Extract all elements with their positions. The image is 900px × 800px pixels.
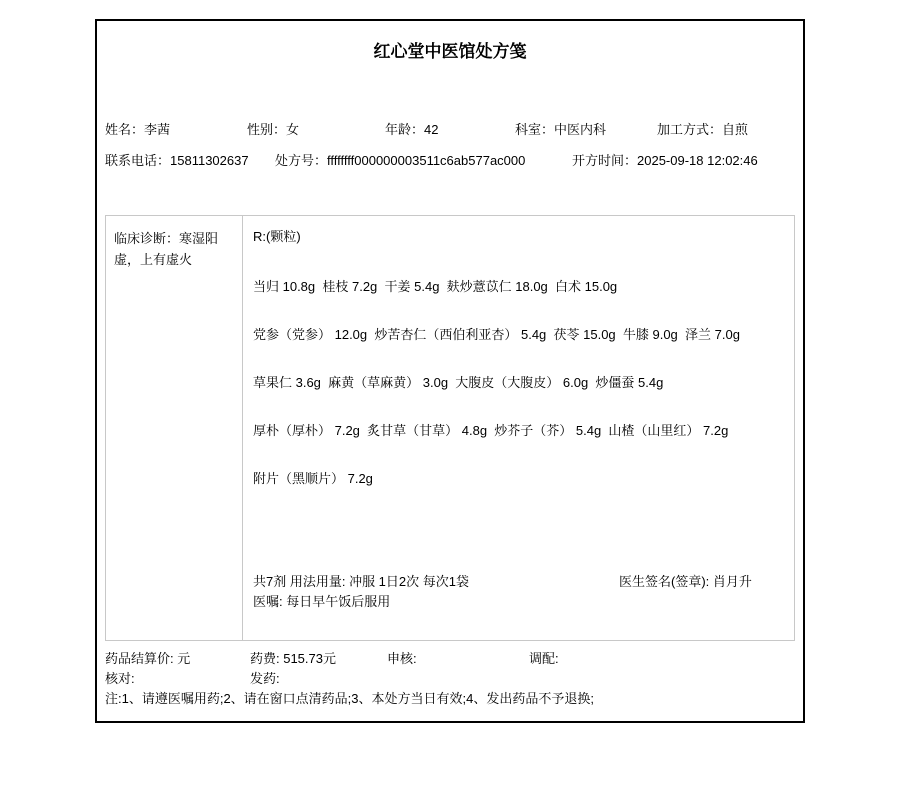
patient-name-value: 李茜 (144, 122, 170, 137)
rx-content: R:(颗粒) 当归 10.8g 桂枝 7.2g 干姜 5.4g 麸炒薏苡仁 18… (244, 216, 794, 640)
medical-instruction: 医嘱: 每日早午饭后服用 (253, 593, 390, 611)
processing-method-field: 加工方式：自煎 (657, 121, 748, 139)
patient-age-value: 42 (424, 122, 438, 137)
herb-line: 厚朴（厚朴） 7.2g 炙甘草（甘草） 4.8g 炒芥子（芥） 5.4g 山楂（… (253, 422, 728, 440)
prescription-sheet: 红心堂中医馆处方笺 姓名：李茜 性别：女 年龄：42 科室：中医内科 加工方式：… (95, 19, 805, 723)
issue-time-field: 开方时间：2025-09-18 12:02:46 (572, 152, 758, 170)
department-label: 科室： (515, 122, 554, 137)
patient-name-field: 姓名：李茜 (105, 121, 170, 139)
rx-number-value: ffffffff000000003511c6ab577ac000 (327, 153, 525, 168)
phone-value: 15811302637 (170, 153, 249, 168)
issue-time-value: 2025-09-18 12:02:46 (637, 153, 758, 168)
patient-age-label: 年龄： (385, 122, 424, 137)
rx-header: R:(颗粒) (253, 228, 301, 246)
herb-line: 附片（黑顺片） 7.2g (253, 470, 373, 488)
prescription-page: 红心堂中医馆处方笺 姓名：李茜 性别：女 年龄：42 科室：中医内科 加工方式：… (0, 0, 900, 800)
page-title: 红心堂中医馆处方笺 (97, 37, 803, 62)
patient-gender-label: 性别： (247, 122, 286, 137)
check-field: 核对: (105, 670, 135, 688)
medicine-fee-field: 药费: 515.73元 (250, 650, 336, 668)
issue-time-label: 开方时间： (572, 153, 637, 168)
patient-name-label: 姓名： (105, 122, 144, 137)
herb-line: 草果仁 3.6g 麻黄（草麻黄） 3.0g 大腹皮（大腹皮） 6.0g 炒僵蚕 … (253, 374, 663, 392)
patient-gender-value: 女 (286, 122, 299, 137)
clinical-diagnosis: 临床诊断：寒湿阳虚，上有虚火 (106, 216, 243, 640)
herb-line: 当归 10.8g 桂枝 7.2g 干姜 5.4g 麸炒薏苡仁 18.0g 白术 … (253, 278, 617, 296)
prescription-body: 临床诊断：寒湿阳虚，上有虚火 R:(颗粒) 当归 10.8g 桂枝 7.2g 干… (105, 215, 795, 641)
doctor-signature: 医生签名(签章): 肖月升 (619, 573, 752, 591)
rx-number-field: 处方号：ffffffff000000003511c6ab577ac000 (275, 152, 525, 170)
settle-price-field: 药品结算价: 元 (105, 650, 190, 668)
processing-method-value: 自煎 (722, 122, 748, 137)
dosage-usage: 共7剂 用法用量: 冲服 1日2次 每次1袋 (253, 573, 469, 591)
patient-age-field: 年龄：42 (385, 121, 438, 139)
department-field: 科室：中医内科 (515, 121, 606, 139)
rx-number-label: 处方号： (275, 153, 327, 168)
processing-method-label: 加工方式： (657, 122, 722, 137)
patient-gender-field: 性别：女 (247, 121, 299, 139)
dispense-field: 发药: (250, 670, 280, 688)
footer-note: 注:1、请遵医嘱用药;2、请在窗口点清药品;3、本处方当日有效;4、发出药品不予… (105, 690, 795, 708)
department-value: 中医内科 (554, 122, 606, 137)
review-field: 申核: (387, 650, 417, 668)
dispense-prep-field: 调配: (529, 650, 559, 668)
phone-field: 联系电话：15811302637 (105, 152, 249, 170)
phone-label: 联系电话： (105, 153, 170, 168)
herb-line: 党参（党参） 12.0g 炒苦杏仁（西伯利亚杏） 5.4g 茯苓 15.0g 牛… (253, 326, 740, 344)
